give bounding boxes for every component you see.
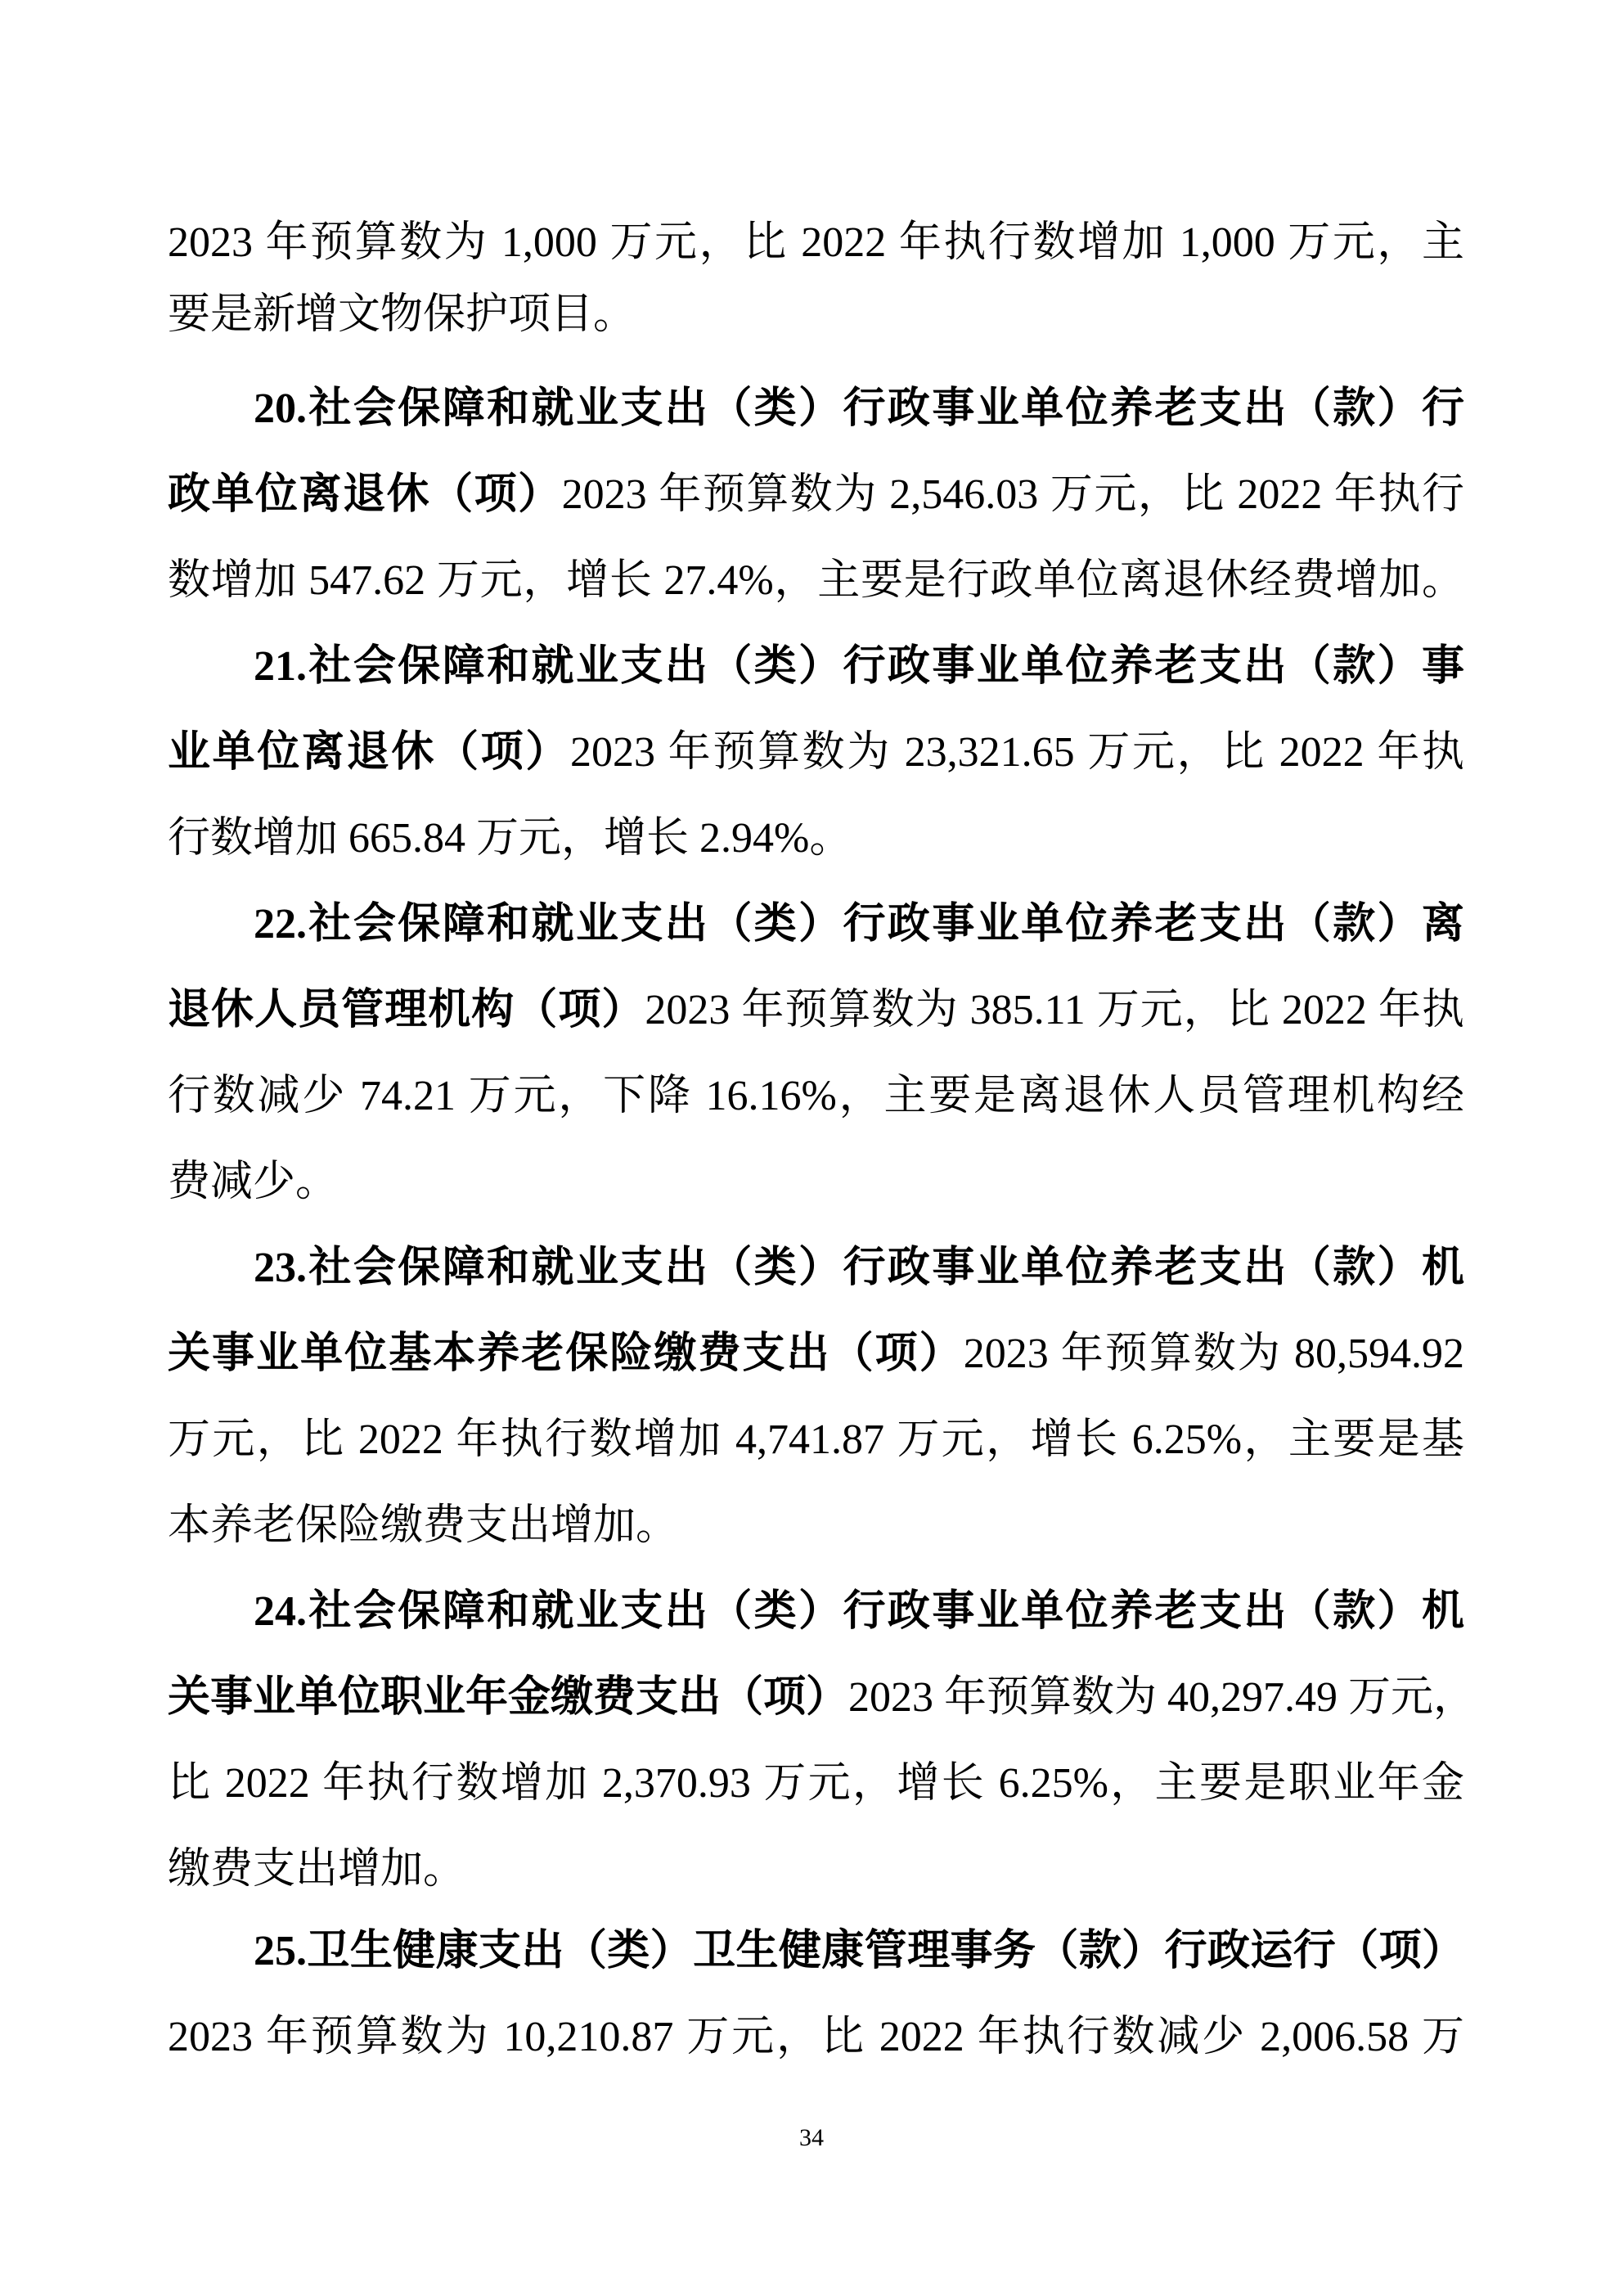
line-text: 2023 年预算数为 1,000 万元，比 2022 年执行数增加 1,000 …: [168, 219, 1464, 266]
line-text: 数增加 547.62 万元，增长 27.4%，主要是行政单位离退休经费增加。: [168, 557, 1464, 604]
text-line: 缴费支出增加。: [168, 1837, 1464, 1902]
text-line: 2023 年预算数为 10,210.87 万元，比 2022 年执行数减少 2,…: [168, 2005, 1464, 2070]
item-heading: 20.社会保障和就业支出（类）行政事业单位养老支出（款）行: [254, 376, 1464, 442]
line-text: 费减少。: [168, 1159, 338, 1205]
heading-text: 业单位离退休（项）: [168, 729, 570, 776]
line-text: 2023 年预算数为 23,321.65 万元，比 2022 年执: [570, 729, 1464, 776]
heading-text: 关事业单位基本养老保险缴费支出（项）: [168, 1330, 964, 1377]
line-text: 缴费支出增加。: [168, 1846, 465, 1893]
item-heading: 22.社会保障和就业支出（类）行政事业单位养老支出（款）离: [254, 892, 1464, 957]
heading-text: 22.社会保障和就业支出（类）行政事业单位养老支出（款）离: [254, 901, 1464, 948]
text-line: 本养老保险缴费支出增加。: [168, 1493, 1464, 1559]
document-page: 2023 年预算数为 1,000 万元，比 2022 年执行数增加 1,000 …: [0, 0, 1623, 2296]
text-line: 万元，比 2022 年执行数增加 4,741.87 万元，增长 6.25%，主要…: [168, 1407, 1464, 1473]
heading-text: 20.社会保障和就业支出（类）行政事业单位养老支出（款）行: [254, 385, 1464, 432]
line-text: 本养老保险缴费支出增加。: [168, 1502, 678, 1549]
heading-text: 21.社会保障和就业支出（类）行政事业单位养老支出（款）事: [254, 643, 1464, 690]
line-text: 比 2022 年执行数增加 2,370.93 万元，增长 6.25%，主要是职业…: [168, 1760, 1464, 1807]
item-heading: 23.社会保障和就业支出（类）行政事业单位养老支出（款）机: [254, 1236, 1464, 1301]
item-heading: 25.卫生健康支出（类）卫生健康管理事务（款）行政运行（项）: [254, 1919, 1464, 1984]
line-text: 2023 年预算数为 2,546.03 万元，比 2022 年执行: [562, 471, 1464, 518]
line-text: 2023 年预算数为 385.11 万元，比 2022 年执: [645, 987, 1464, 1033]
text-line: 关事业单位基本养老保险缴费支出（项）2023 年预算数为 80,594.92: [168, 1321, 1464, 1387]
heading-text: 退休人员管理机构（项）: [168, 987, 645, 1033]
text-line: 行数增加 665.84 万元，增长 2.94%。: [168, 806, 1464, 871]
heading-text: 24.社会保障和就业支出（类）行政事业单位养老支出（款）机: [254, 1588, 1464, 1635]
heading-text: 政单位离退休（项）: [168, 471, 562, 518]
text-line: 数增加 547.62 万元，增长 27.4%，主要是行政单位离退休经费增加。: [168, 548, 1464, 614]
text-line: 业单位离退休（项）2023 年预算数为 23,321.65 万元，比 2022 …: [168, 720, 1464, 786]
line-text: 2023 年预算数为 80,594.92: [964, 1330, 1464, 1377]
text-line: 关事业单位职业年金缴费支出（项）2023 年预算数为 40,297.49 万元，: [168, 1665, 1464, 1731]
heading-text: 25.卫生健康支出（类）卫生健康管理事务（款）行政运行（项）: [254, 1928, 1464, 1974]
line-text: 要是新增文物保护项目。: [168, 291, 636, 338]
text-line: 政单位离退休（项）2023 年预算数为 2,546.03 万元，比 2022 年…: [168, 462, 1464, 528]
line-text: 行数减少 74.21 万元，下降 16.16%，主要是离退休人员管理机构经: [168, 1073, 1464, 1119]
line-text: 2023 年预算数为 40,297.49 万元，: [848, 1674, 1476, 1721]
heading-text: 关事业单位职业年金缴费支出（项）: [168, 1674, 848, 1721]
line-text: 万元，比 2022 年执行数增加 4,741.87 万元，增长 6.25%，主要…: [168, 1416, 1464, 1463]
text-line: 行数减少 74.21 万元，下降 16.16%，主要是离退休人员管理机构经: [168, 1064, 1464, 1129]
text-line: 2023 年预算数为 1,000 万元，比 2022 年执行数增加 1,000 …: [168, 210, 1464, 276]
line-text: 2023 年预算数为 10,210.87 万元，比 2022 年执行数减少 2,…: [168, 2014, 1464, 2060]
text-line: 比 2022 年执行数增加 2,370.93 万元，增长 6.25%，主要是职业…: [168, 1751, 1464, 1817]
item-heading: 21.社会保障和就业支出（类）行政事业单位养老支出（款）事: [254, 634, 1464, 700]
text-line: 退休人员管理机构（项）2023 年预算数为 385.11 万元，比 2022 年…: [168, 978, 1464, 1043]
text-line: 要是新增文物保护项目。: [168, 282, 1464, 348]
item-heading: 24.社会保障和就业支出（类）行政事业单位养老支出（款）机: [254, 1579, 1464, 1645]
page-number: 34: [0, 2122, 1623, 2154]
heading-text: 23.社会保障和就业支出（类）行政事业单位养老支出（款）机: [254, 1245, 1464, 1291]
line-text: 行数增加 665.84 万元，增长 2.94%。: [168, 815, 852, 862]
text-line: 费减少。: [168, 1150, 1464, 1215]
